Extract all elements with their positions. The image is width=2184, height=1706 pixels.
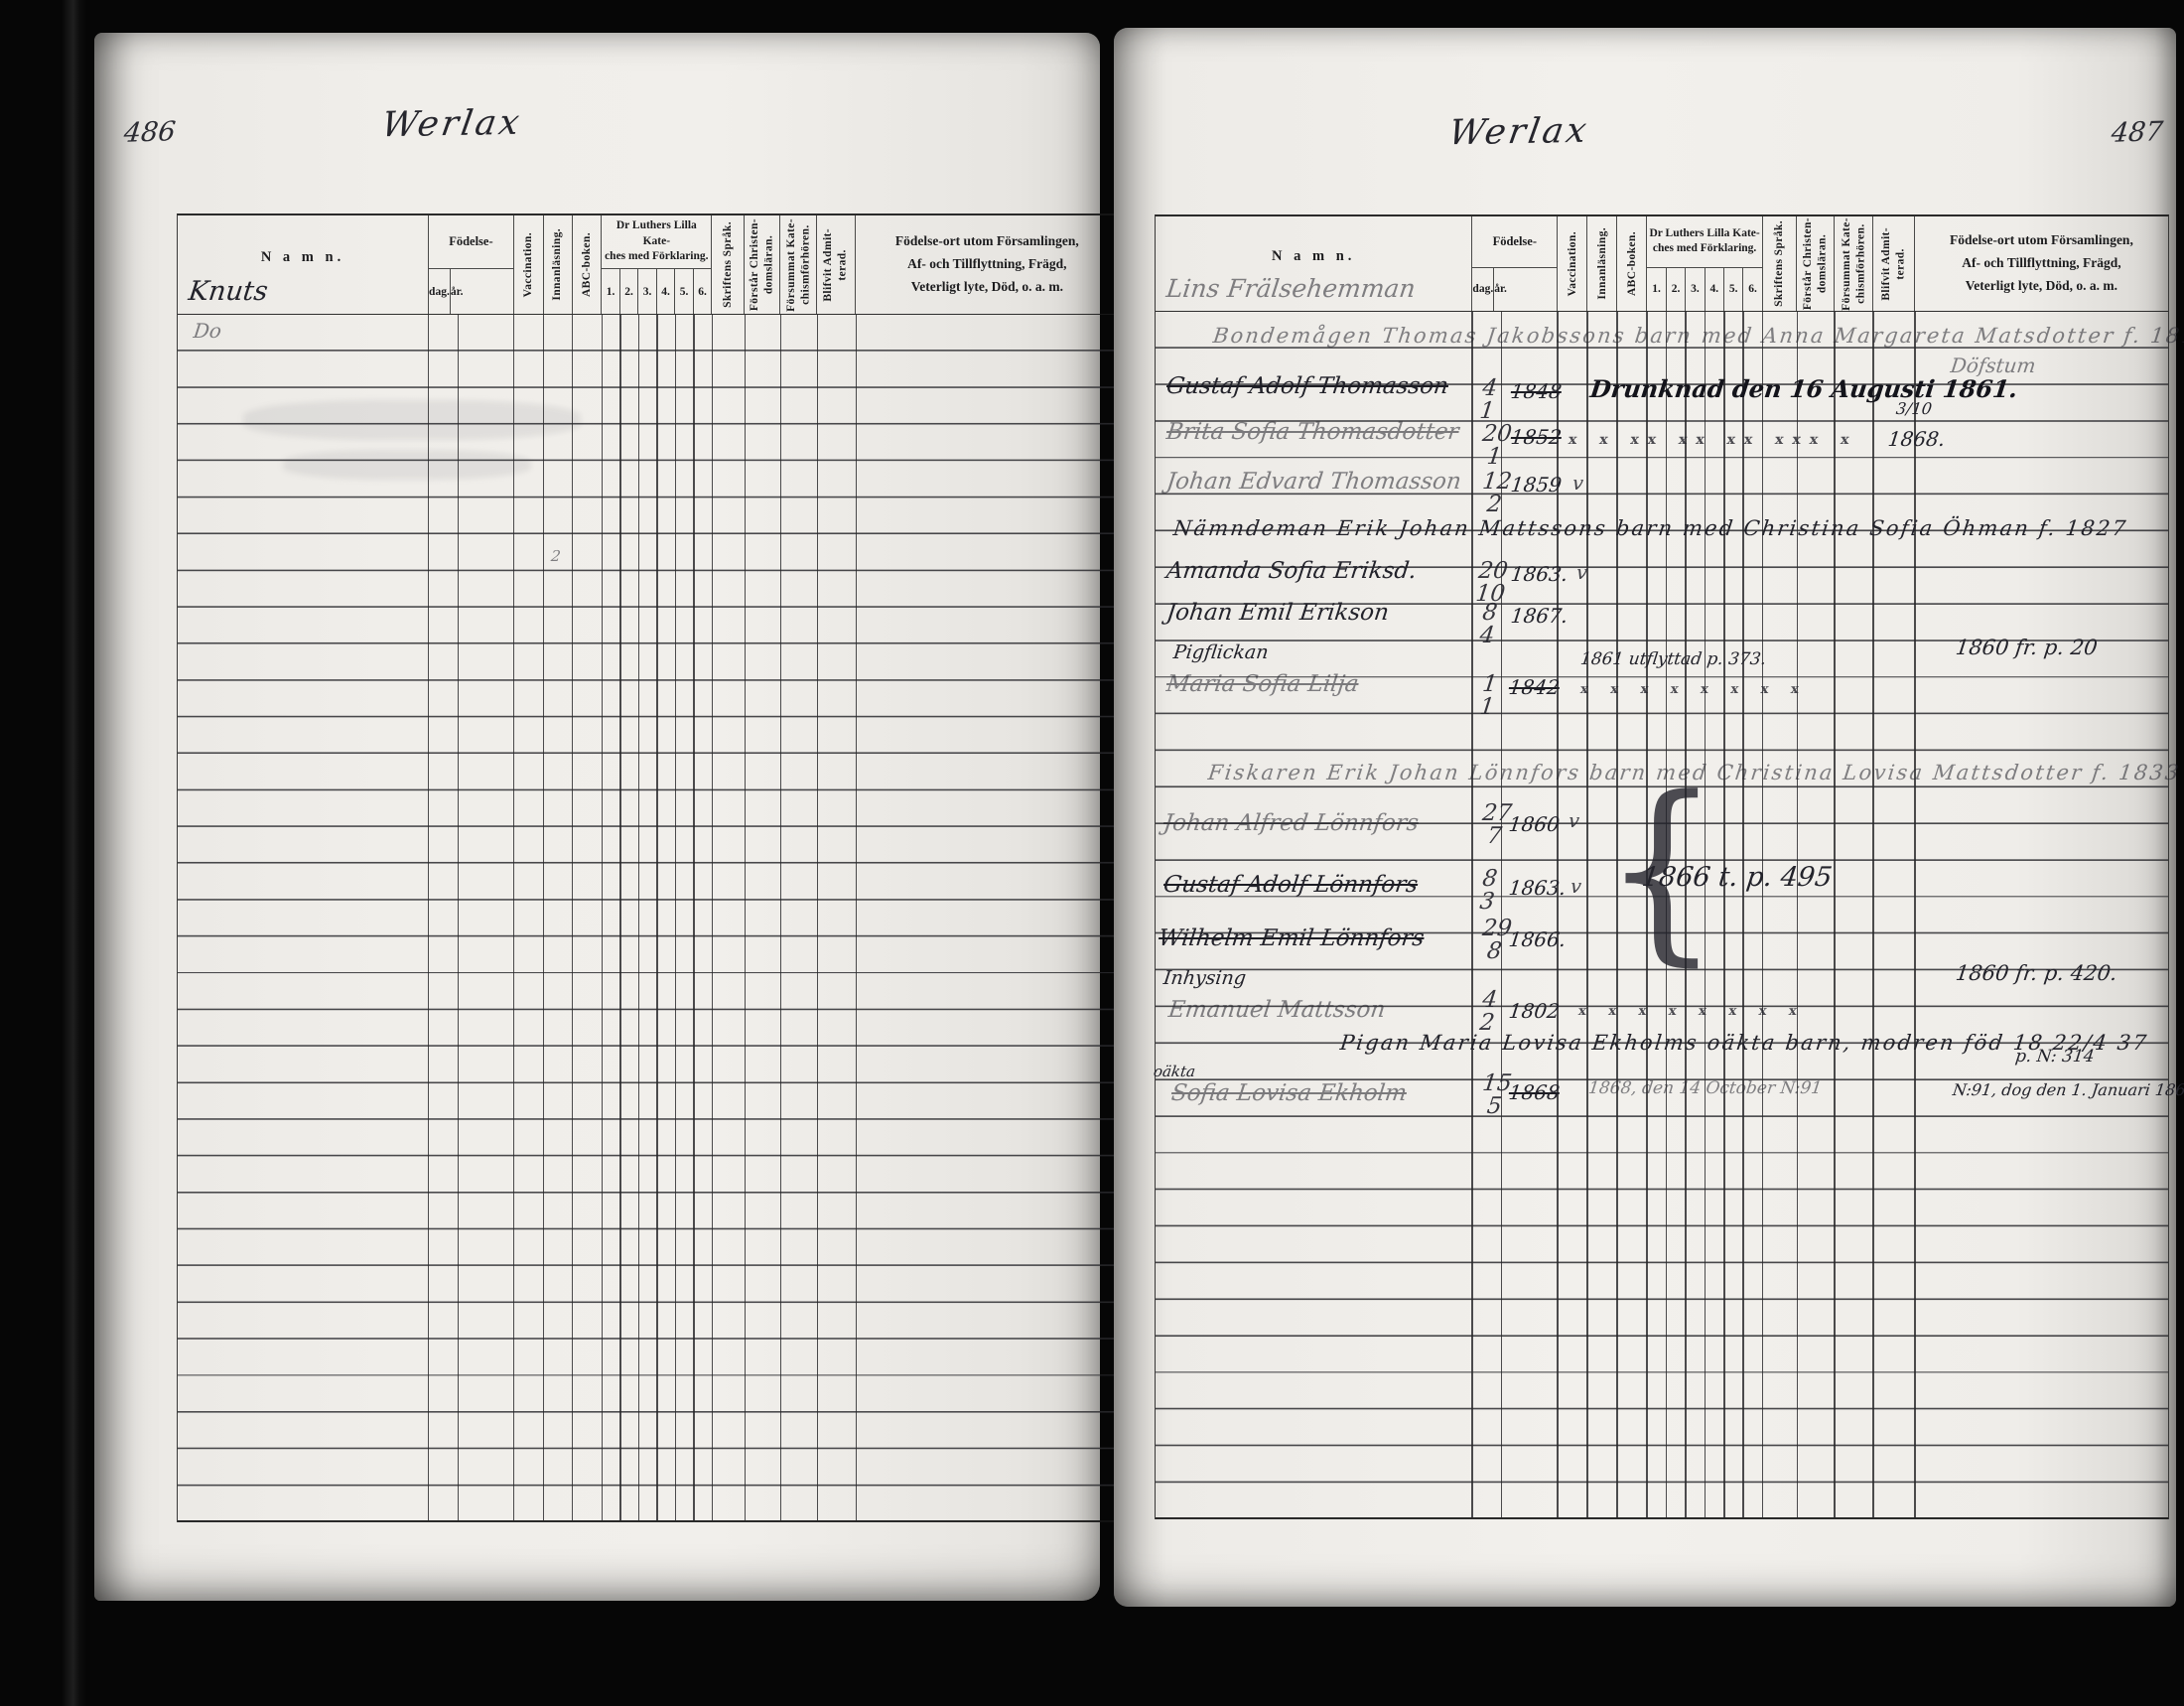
right-page-title: Werlax bbox=[1446, 111, 1592, 153]
column-header-kateches: Dr Luthers Lilla Kate-ches med Förklarin… bbox=[601, 215, 711, 314]
fodelseort-label: Födelse-ort utom Församlingen,Af- och Ti… bbox=[895, 230, 1079, 299]
forstar-christendomslaran-label: Förstår Christen- domsläran. bbox=[1801, 217, 1830, 310]
column-rule bbox=[619, 315, 621, 1520]
column-rule bbox=[675, 315, 677, 1520]
column-header-blifvit-admitterad: Blifvit Admit- terad. bbox=[1872, 216, 1914, 311]
handwritten-entry: 201 bbox=[1478, 423, 1513, 470]
kateches-subrow: 1.2.3.4.5.6. bbox=[1647, 268, 1761, 311]
column-header-namn-label: N a m n. bbox=[261, 249, 344, 266]
handwritten-entry: x x x x x x x x bbox=[1577, 1005, 1806, 1018]
column-header-kateches-1: 1. bbox=[602, 269, 618, 314]
handwritten-entry: v bbox=[1568, 812, 1580, 831]
vaccination-label: Vaccination. bbox=[1566, 231, 1579, 296]
handwritten-entry: Amanda Sofia Eriksd. bbox=[1165, 560, 1418, 583]
handwritten-entry: 1863. bbox=[1510, 564, 1570, 584]
handwritten-entry: 1802 bbox=[1508, 1001, 1561, 1021]
fodelse-label: Födelse- bbox=[429, 215, 513, 269]
handwritten-entry: v bbox=[1571, 475, 1584, 494]
handwritten-entry: Knuts bbox=[187, 278, 269, 305]
handwritten-entry: 122 bbox=[1478, 471, 1513, 517]
handwritten-entry: v bbox=[1570, 878, 1582, 897]
column-header-kateches-6: 6. bbox=[693, 269, 711, 314]
column-rule bbox=[1872, 312, 1874, 1517]
handwritten-entry: N:91, dog den 1. Januari 1869 bbox=[1952, 1082, 2184, 1098]
fodelse-subrow: dag.år. bbox=[429, 269, 513, 314]
column-header-kateches: Dr Luthers Lilla Kate-ches med Förklarin… bbox=[1646, 216, 1761, 311]
handwritten-entry: x x xx xx xx xxx x bbox=[1568, 433, 1858, 447]
handwritten-entry: oäkta bbox=[1153, 1065, 1196, 1079]
column-header-skriftens-sprak: Skriftens Språk. bbox=[711, 215, 744, 314]
book-scan: 486 Werlax N a m n.Födelse-dag.år.Vaccin… bbox=[0, 0, 2184, 1706]
column-rule bbox=[1834, 312, 1836, 1517]
handwritten-entry: Johan Alfred Lönnfors bbox=[1162, 812, 1421, 835]
column-header-dag: dag. bbox=[429, 269, 450, 314]
column-header-fodelse: Födelse-dag.år. bbox=[428, 215, 513, 314]
column-header-forstar-christendomslaran: Förstår Christen- domsläran. bbox=[1796, 216, 1834, 311]
kateches-label: Dr Luthers Lilla Kate-ches med Förklarin… bbox=[1647, 216, 1761, 268]
column-rule bbox=[572, 315, 574, 1520]
handwritten-entry: 1860 fr. p. 20 bbox=[1955, 638, 2099, 658]
column-header-kateches-1: 1. bbox=[1647, 268, 1665, 311]
column-rule bbox=[856, 315, 858, 1520]
kateches-stack: Dr Luthers Lilla Kate-ches med Förklarin… bbox=[602, 215, 711, 314]
handwritten-entry: Pigflickan bbox=[1172, 643, 1270, 662]
column-header-kateches-2: 2. bbox=[1666, 268, 1685, 311]
column-header-kateches-6: 6. bbox=[1742, 268, 1761, 311]
innanlasning-label: Innanläsning. bbox=[550, 228, 564, 301]
column-header-ar: år. bbox=[450, 269, 464, 314]
column-header-kateches-5: 5. bbox=[674, 269, 692, 314]
handwritten-entry: Johan Edvard Thomasson bbox=[1165, 471, 1463, 494]
column-rule bbox=[602, 315, 604, 1520]
blifvit-admitterad-label: Blifvit Admit- terad. bbox=[1879, 227, 1908, 301]
right-page: 487 Werlax N a m n.Födelse-dag.år.Vaccin… bbox=[1114, 28, 2176, 1607]
handwritten-entry: p. N: 314 bbox=[2014, 1049, 2096, 1066]
column-header-innanlasning: Innanläsning. bbox=[543, 215, 572, 314]
kateches-label: Dr Luthers Lilla Kate-ches med Förklarin… bbox=[602, 215, 711, 269]
forstar-christendomslaran-label: Förstår Christen- domsläran. bbox=[748, 218, 776, 311]
column-header-fodelseort-anteckningar: Födelse-ort utom Församlingen,Af- och Ti… bbox=[1914, 216, 2168, 311]
column-header-vaccination: Vaccination. bbox=[513, 215, 543, 314]
kateches-subrow: 1.2.3.4.5.6. bbox=[602, 269, 711, 314]
handwritten-entry: Maria Sofia Lilja bbox=[1165, 673, 1360, 696]
column-rule bbox=[745, 315, 747, 1520]
handwritten-entry: Inhysing bbox=[1162, 969, 1247, 988]
column-rule bbox=[1762, 312, 1764, 1517]
handwritten-entry: 1868. bbox=[1887, 429, 1947, 449]
scan-edge-streak bbox=[62, 0, 87, 1706]
column-rule bbox=[780, 315, 782, 1520]
column-header-innanlasning: Innanläsning. bbox=[1586, 216, 1616, 311]
handwritten-entry: Gustaf Adolf Lönnfors bbox=[1162, 874, 1420, 897]
vaccination-label: Vaccination. bbox=[521, 232, 535, 297]
handwritten-entry: x x x x x x x x bbox=[1579, 683, 1808, 696]
handwritten-entry: Drunknad den 16 Augusti 1861. bbox=[1589, 377, 2019, 401]
handwritten-entry: 1848 bbox=[1510, 381, 1563, 401]
fodelseort-label: Födelse-ort utom Församlingen,Af- och Ti… bbox=[1950, 229, 2133, 298]
handwritten-entry: 1859 bbox=[1510, 475, 1563, 495]
handwritten-entry: 2 bbox=[550, 549, 561, 564]
column-header-kateches-4: 4. bbox=[1705, 268, 1723, 311]
column-rule bbox=[712, 315, 714, 1520]
column-rule bbox=[1914, 312, 1916, 1517]
handwritten-entry: Gustaf Adolf Thomasson bbox=[1165, 375, 1450, 398]
handwritten-entry: Nämndeman Erik Johan Mattssons barn med … bbox=[1172, 518, 2129, 539]
fodelse-subrow: dag.år. bbox=[1472, 268, 1557, 311]
column-header-blifvit-admitterad: Blifvit Admit- terad. bbox=[816, 215, 855, 314]
handwritten-entry: Emanuel Mattsson bbox=[1167, 999, 1387, 1022]
handwritten-entry: Bondemågen Thomas Jakobssons barn med An… bbox=[1212, 326, 2184, 347]
column-rule bbox=[1797, 312, 1799, 1517]
column-rule bbox=[1723, 312, 1725, 1517]
handwritten-entry: 1866 t. p. 495 bbox=[1640, 864, 1834, 891]
handwritten-entry: 1868 bbox=[1508, 1082, 1561, 1102]
column-header-fodelse: Födelse-dag.år. bbox=[1471, 216, 1557, 311]
abc-boken-label: ABC-boken. bbox=[1625, 231, 1639, 296]
column-rule bbox=[1471, 312, 1473, 1517]
left-page: 486 Werlax N a m n.Födelse-dag.år.Vaccin… bbox=[94, 33, 1100, 1601]
column-header-kateches-4: 4. bbox=[656, 269, 674, 314]
column-header-skriftens-sprak: Skriftens Språk. bbox=[1762, 216, 1797, 311]
skriftens-sprak-label: Skriftens Språk. bbox=[721, 221, 735, 308]
handwritten-entry: v bbox=[1575, 564, 1588, 583]
column-rule bbox=[1742, 312, 1744, 1517]
handwritten-entry: 1863. bbox=[1508, 878, 1568, 898]
handwritten-entry: Brita Sofia Thomasdotter bbox=[1165, 421, 1460, 444]
column-rule bbox=[1586, 312, 1588, 1517]
right-page-number: 487 bbox=[2110, 116, 2164, 149]
handwritten-entry: 1868, den 14 October N:91 bbox=[1587, 1080, 1823, 1097]
handwritten-entry: 1852 bbox=[1510, 427, 1563, 447]
left-page-title: Werlax bbox=[379, 103, 525, 145]
handwritten-entry: 1860 fr. p. 420. bbox=[1955, 963, 2118, 984]
column-header-kateches-2: 2. bbox=[619, 269, 637, 314]
forsummat-katechesforhoren-label: Försummat Kate- chismförhören. bbox=[1840, 217, 1868, 311]
column-header-forsummat-katechesforhoren: Försummat Kate- chismförhören. bbox=[1834, 216, 1872, 311]
column-header-vaccination: Vaccination. bbox=[1557, 216, 1586, 311]
handwritten-entry: Johan Emil Erikson bbox=[1165, 602, 1391, 625]
left-record-table: N a m n.Födelse-dag.år.Vaccination.Innan… bbox=[177, 213, 1120, 1522]
blifvit-admitterad-label: Blifvit Admit- terad. bbox=[821, 228, 850, 302]
handwritten-entry: 1842 bbox=[1508, 677, 1561, 697]
skriftens-sprak-label: Skriftens Språk. bbox=[1772, 220, 1786, 307]
abc-boken-label: ABC-boken. bbox=[580, 232, 594, 297]
column-rule bbox=[693, 315, 695, 1520]
column-rule bbox=[543, 315, 545, 1520]
table-header-row: N a m n.Födelse-dag.år.Vaccination.Innan… bbox=[178, 215, 1119, 315]
table-body-grid bbox=[178, 315, 1119, 1522]
column-header-abc-boken: ABC-boken. bbox=[1616, 216, 1646, 311]
handwritten-entry: 1860 bbox=[1508, 814, 1561, 834]
column-header-forstar-christendomslaran: Förstår Christen- domsläran. bbox=[744, 215, 779, 314]
column-header-abc-boken: ABC-boken. bbox=[572, 215, 602, 314]
handwritten-entry: 1866. bbox=[1508, 929, 1568, 949]
column-header-kateches-3: 3. bbox=[1685, 268, 1704, 311]
column-header-kateches-3: 3. bbox=[637, 269, 655, 314]
handwritten-entry: Lins Frälsehemman bbox=[1164, 276, 1417, 301]
column-rule bbox=[513, 315, 515, 1520]
handwritten-entry: Do bbox=[193, 321, 223, 341]
forsummat-katechesforhoren-label: Försummat Kate- chismförhören. bbox=[784, 218, 813, 312]
column-header-fodelseort-anteckningar: Födelse-ort utom Församlingen,Af- och Ti… bbox=[855, 215, 1119, 314]
handwritten-entry: 3/10 bbox=[1895, 401, 1933, 417]
fodelse-label: Födelse- bbox=[1472, 216, 1557, 268]
column-rule bbox=[428, 315, 430, 1520]
kateches-stack: Dr Luthers Lilla Kate-ches med Förklarin… bbox=[1647, 216, 1761, 311]
column-header-forsummat-katechesforhoren: Försummat Kate- chismförhören. bbox=[779, 215, 816, 314]
column-rule bbox=[458, 315, 460, 1520]
handwritten-entry: 1861 utflyttad p. 373. bbox=[1579, 651, 1767, 668]
column-rule bbox=[656, 315, 658, 1520]
column-header-namn-label: N a m n. bbox=[1272, 248, 1355, 265]
handwritten-entry: Wilhelm Emil Lönnfors bbox=[1158, 927, 1426, 950]
column-rule bbox=[817, 315, 819, 1520]
column-header-dag: dag. bbox=[1472, 268, 1493, 311]
innanlasning-label: Innanläsning. bbox=[1595, 227, 1609, 300]
column-rule bbox=[638, 315, 640, 1520]
fodelse-stack: Födelse-dag.år. bbox=[1472, 216, 1557, 311]
handwritten-entry: Döfstum bbox=[1950, 355, 2037, 375]
column-header-ar: år. bbox=[1493, 268, 1507, 311]
column-header-kateches-5: 5. bbox=[1723, 268, 1742, 311]
handwritten-entry: 1867. bbox=[1510, 606, 1570, 626]
left-page-number: 486 bbox=[122, 116, 177, 149]
fodelse-stack: Födelse-dag.år. bbox=[429, 215, 513, 314]
handwritten-entry: Sofia Lovisa Ekholm bbox=[1170, 1082, 1409, 1105]
